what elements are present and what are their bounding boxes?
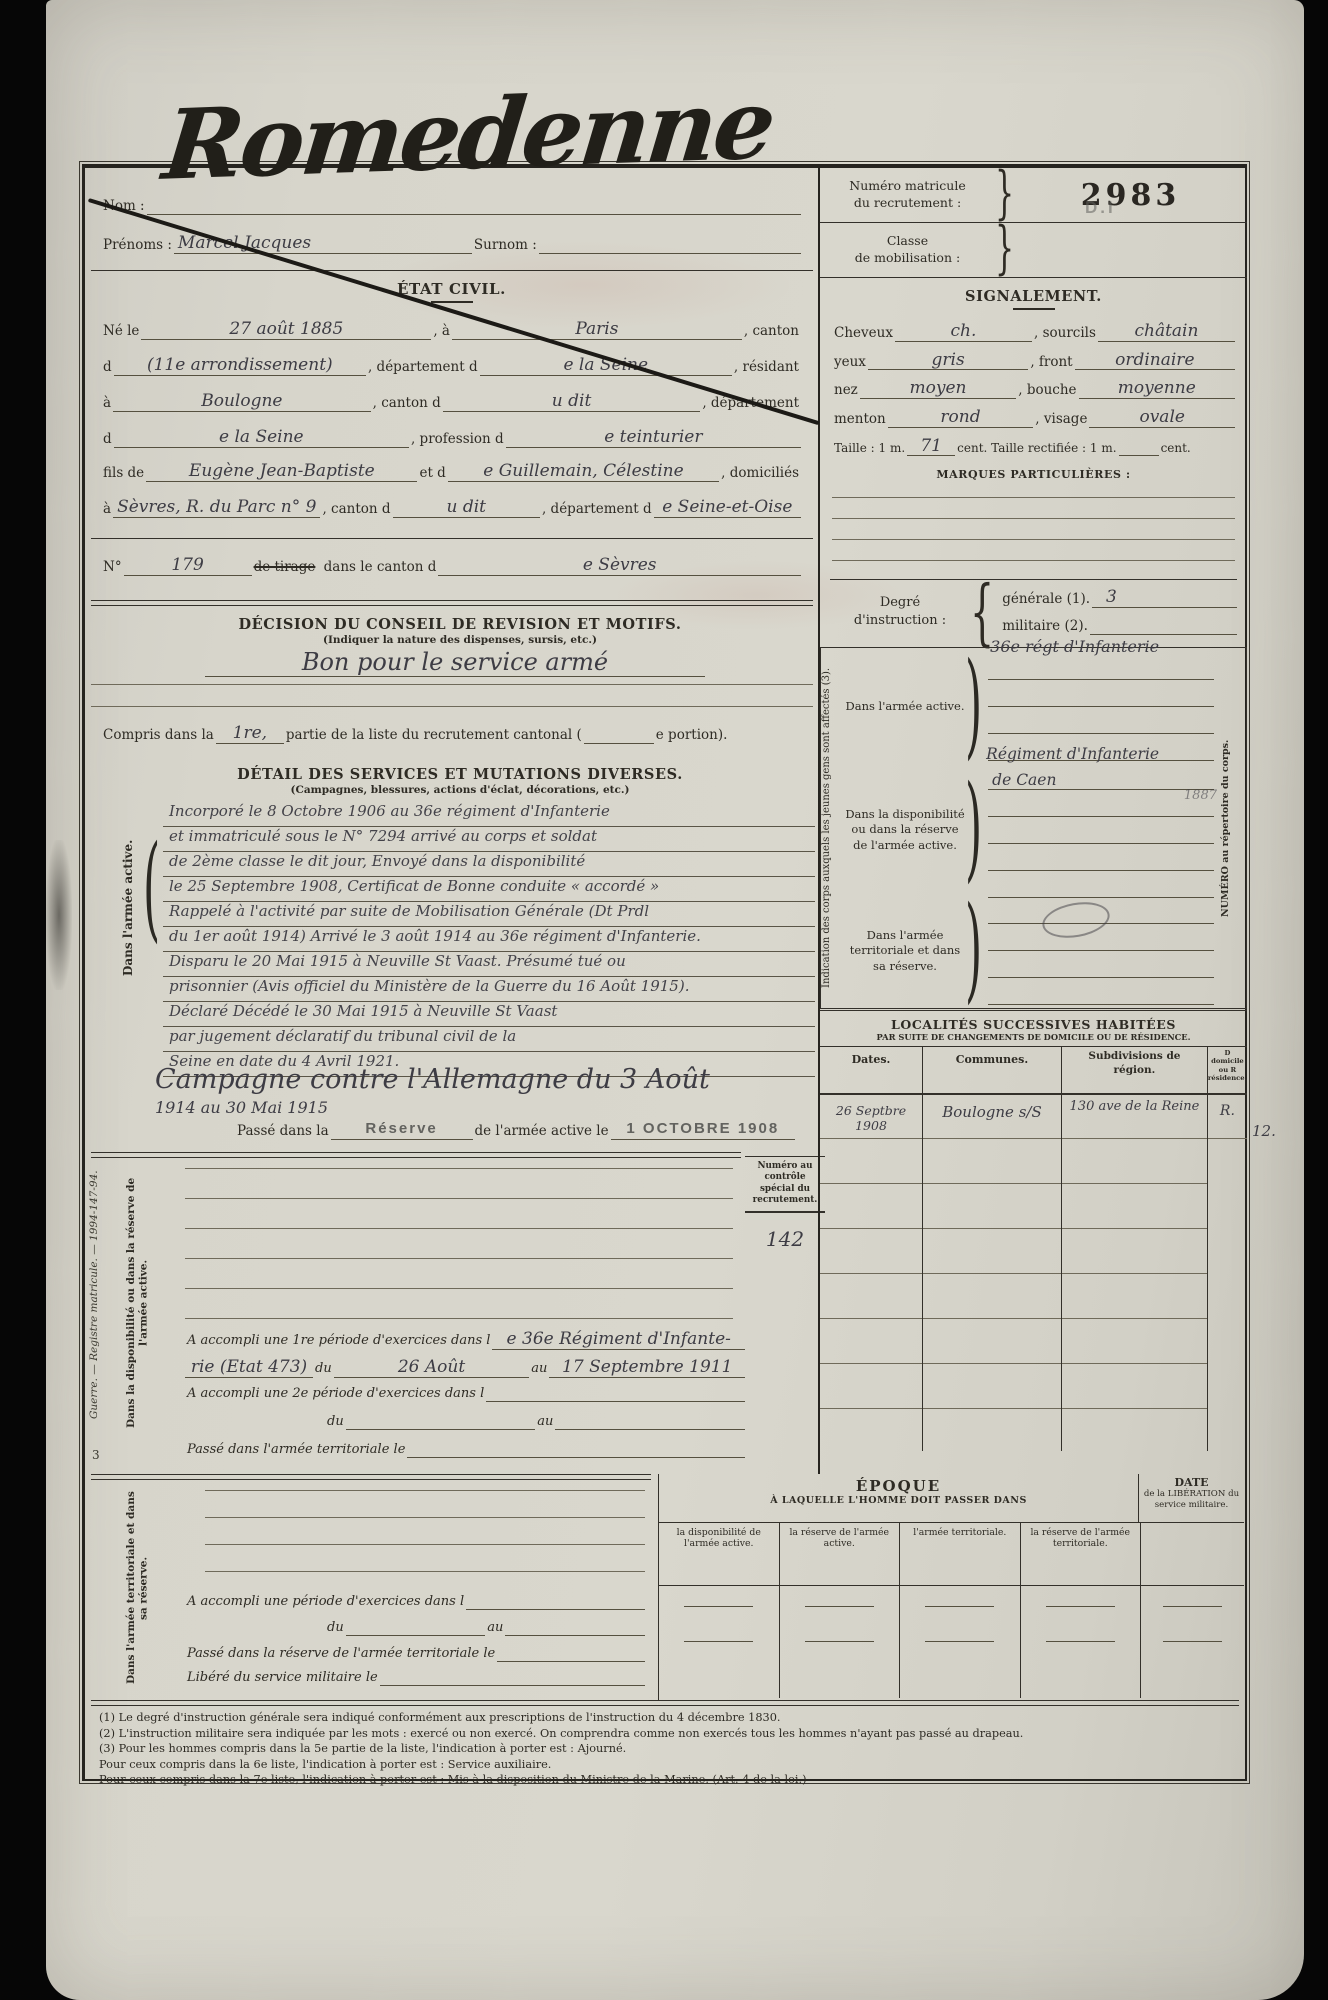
epoque-col-date [1141, 1523, 1244, 1585]
printed-text: Né le [101, 323, 141, 340]
epoque-col-2: la réserve de l'armée active. [780, 1523, 901, 1585]
printed-text: , département d [540, 501, 654, 518]
localites-subtitle: PAR SUITE DE CHANGEMENTS DE DOMICILE OU … [820, 1032, 1247, 1042]
ruled-line [185, 1258, 733, 1259]
col-dr-header: D domicile ou R résidence. [1208, 1047, 1247, 1095]
ruled-line [185, 1228, 733, 1229]
blank-underline [466, 1594, 645, 1610]
printed-text: du [313, 1361, 334, 1377]
marques-title: MARQUES PARTICULIÈRES : [820, 468, 1247, 481]
ink-smudge [46, 840, 72, 990]
ruled-line [820, 1229, 922, 1274]
periode2-line-a: A accompli une 2e période d'exercices da… [185, 1386, 745, 1402]
printed-text: à [101, 395, 113, 412]
profession-line: de la Seine, profession de teinturier [101, 428, 801, 448]
service-record-line: Disparu le 20 Mai 1915 à Neuville St Vaa… [163, 952, 815, 977]
ruled-line [1062, 1274, 1207, 1319]
handwritten-text: (11e arrondissement) [114, 356, 366, 376]
epoque-cell [1141, 1586, 1244, 1698]
entry-date: 26 Septbre 1908 [820, 1095, 922, 1139]
ruled-line [923, 1319, 1061, 1364]
printed-text: Compris dans la [101, 727, 216, 744]
printed-text: , visage [1033, 411, 1089, 428]
ruled-line [1062, 1184, 1207, 1229]
classe-row: Classe de mobilisation : } [820, 223, 1247, 278]
printed-text: au [529, 1361, 549, 1377]
ruled-line [1062, 1139, 1207, 1184]
title-dash [1013, 308, 1055, 310]
printed-text: d [101, 359, 114, 376]
periode2-line-b: duau [325, 1414, 745, 1430]
blank-underline [555, 1414, 745, 1430]
handwritten-text: e Seine-et-Oise [654, 498, 801, 518]
degre-label-2: d'instruction : [830, 612, 970, 630]
corps-row1-value: 36e régt d'Infanterie [990, 637, 1159, 656]
ruled-line [382, 234, 472, 254]
handwritten-text: 179 [124, 556, 252, 576]
handwritten-text: u dit [443, 392, 701, 412]
printed-text: yeux [832, 354, 868, 371]
handwritten-text: 1re, [216, 724, 284, 744]
footnote-line: Pour ceux compris dans la 6e liste, l'in… [99, 1757, 1229, 1773]
passe-prefix: Passé dans la [235, 1123, 331, 1140]
form-frame: Nom : Prénoms : Marcel Jacques Surnom : … [82, 164, 1247, 1781]
section-divider [91, 1474, 651, 1480]
epoque-cell [900, 1586, 1021, 1698]
ruled-line [988, 653, 1214, 680]
degre-generale-line: générale (1). 3 [1000, 588, 1237, 608]
printed-text: du [325, 1414, 346, 1430]
arrondissement-line: d(11e arrondissement), département de la… [101, 356, 801, 376]
printed-text: du [325, 1620, 346, 1636]
nez-line: nezmoyen, bouchemoyenne [832, 379, 1235, 399]
etat-civil-title: ÉTAT CIVIL. [85, 280, 818, 298]
services-note: (Campagnes, blessures, actions d'éclat, … [115, 784, 805, 796]
tirage-line: N°179de tirage dans le canton de Sèvres [101, 556, 801, 576]
printed-text: nez [832, 382, 860, 399]
epoque-subtitle: À LAQUELLE L'HOMME DOIT PASSER DANS [659, 1495, 1138, 1506]
printed-text: , canton d [320, 501, 392, 518]
epoque-table: ÉPOQUE À LAQUELLE L'HOMME DOIT PASSER DA… [658, 1474, 1244, 1700]
service-record-line: Incorporé le 8 Octobre 1906 au 36e régim… [163, 802, 815, 827]
militaire-label: militaire (2). [1000, 618, 1090, 635]
ruled-line [185, 1318, 733, 1319]
printed-text: de tirage [252, 559, 318, 576]
date-stamp: 1 OCTOBRE 1908 [611, 1120, 795, 1140]
decision-note: (Indiquer la nature des dispenses, sursi… [115, 634, 805, 646]
militaire-blank [1090, 618, 1237, 635]
brace-icon: } [995, 222, 1014, 279]
degre-militaire-line: militaire (2). [1000, 618, 1237, 635]
epoque-col-1: la disponibilité de l'armée active. [659, 1523, 780, 1585]
service-record-line: Déclaré Décédé le 30 Mai 1915 à Neuville… [163, 1002, 815, 1027]
ruled-line [205, 1517, 645, 1518]
epoque-col-4: la réserve de l'armée territoriale. [1021, 1523, 1142, 1585]
disponibilite-side-label: Dans la disponibilité ou dans la réserve… [125, 1168, 155, 1438]
ruled-line [923, 1184, 1061, 1229]
divider [91, 270, 813, 271]
matricule-value: 2983 [1014, 178, 1247, 213]
printed-text: e portion). [654, 727, 730, 744]
handwritten-text: e teinturier [506, 428, 801, 448]
paren-icon: ) [965, 650, 982, 764]
printed-text: , profession d [409, 431, 506, 448]
handwritten-text: 17 Septembre 1911 [549, 1358, 745, 1378]
printed-text: et d [417, 465, 447, 482]
prenoms-label: Prénoms : [101, 237, 174, 254]
reserve-stamp: Réserve [331, 1120, 473, 1140]
handwritten-text: gris [868, 351, 1028, 371]
handwritten-text: ordinaire [1075, 351, 1235, 371]
corps-side-left-label: Indication des corps auxquels les jeunes… [820, 648, 845, 1008]
degre-label-1: Degré [830, 594, 970, 612]
passe-territoriale-line: Passé dans l'armée territoriale le [185, 1442, 745, 1458]
decision-value: Bon pour le service armé [205, 648, 705, 677]
handwritten-text: e Guillemain, Célestine [448, 462, 719, 482]
signalement-title: SIGNALEMENT. [820, 288, 1247, 305]
service-record-line: Rappelé à l'activité par suite de Mobili… [163, 902, 815, 927]
blank-underline [1119, 437, 1159, 457]
yeux-line: yeuxgris, frontordinaire [832, 351, 1235, 371]
footnote-line: (2) L'instruction militaire sera indiqué… [99, 1726, 1229, 1742]
handwritten-text: ovale [1089, 408, 1235, 428]
date-title: DATE [1139, 1476, 1244, 1489]
handwritten-text: rie (Etat 473) [185, 1358, 313, 1378]
residence-line: àBoulogne, canton du dit, département [101, 392, 801, 412]
title-dash [431, 301, 473, 303]
ruled-line [185, 1168, 733, 1169]
classe-label-2: de mobilisation : [820, 250, 995, 267]
campagne-line-small: 1914 au 30 Mai 1915 [155, 1098, 328, 1117]
corps-row2-label: Dans la disponibilité ou dans la réserve… [845, 807, 965, 854]
epoque-cell [780, 1586, 901, 1698]
periode-territoriale-dates: duau [325, 1620, 645, 1636]
corps-row1-label: Dans l'armée active. [845, 699, 965, 715]
brace-left: ( [143, 833, 160, 947]
ruled-line [820, 1274, 922, 1319]
blank-underline [380, 1670, 645, 1686]
printed-text: , domiciliés [719, 465, 801, 482]
entry-dr: R. [1208, 1095, 1247, 1139]
ruled-line [988, 680, 1214, 707]
ruled-line [205, 1490, 645, 1491]
birth-line: Né le27 août 1885, àParis, canton [101, 320, 801, 340]
corps-row-territoriale: Dans l'armée territoriale et dans sa rés… [845, 894, 1220, 1008]
paren-icon: ) [965, 773, 982, 887]
entry-commune: Boulogne s/S [923, 1095, 1061, 1139]
printed-text: , résidant [732, 359, 801, 376]
col-subdivisions-header: Subdivisions de région. [1062, 1047, 1207, 1095]
handwritten-text: 27 août 1885 [141, 320, 431, 340]
periode1-line-a: A accompli une 1re période d'exercices d… [185, 1330, 745, 1350]
controle-special-value: 142 [745, 1227, 825, 1251]
etat-civil-section: ÉTAT CIVIL. [85, 280, 818, 303]
printed-text: , front [1028, 354, 1074, 371]
controle-special-label: Numéro au contrôle spécial du recrutemen… [745, 1156, 825, 1213]
footnote-line: Pour ceux compris dans la 7e liste, l'in… [99, 1772, 1229, 1788]
passe-middle: de l'armée active le [473, 1123, 611, 1140]
printed-text: N° [101, 559, 124, 576]
divider [91, 538, 813, 539]
armee-active-side-label: Dans l'armée active. [121, 808, 137, 1008]
blank-underline [407, 1442, 745, 1458]
ruled-line [1062, 1364, 1207, 1409]
epoque-title: ÉPOQUE [659, 1477, 1138, 1495]
territoriale-side-label: Dans l'armée territoriale et dans sa rés… [125, 1488, 155, 1688]
col-dates: Dates. 26 Septbre 1908 [820, 1047, 923, 1451]
localites-section: LOCALITÉS SUCCESSIVES HABITÉES PAR SUITE… [820, 1008, 1247, 1451]
printed-text: A accompli une période d'exercices dans … [185, 1594, 466, 1610]
ruled-line [988, 817, 1214, 844]
ruled-line [1062, 1229, 1207, 1274]
di-stamp: D.I [1085, 198, 1116, 218]
col-domicile-residence: D domicile ou R résidence. R. [1208, 1047, 1247, 1451]
blank-underline [346, 1620, 486, 1636]
printed-text: , canton [742, 323, 801, 340]
col-dates-header: Dates. [820, 1047, 922, 1095]
nom-blank [147, 198, 801, 215]
scanned-register-page: { "page": { "script_name": "Romedenne", … [0, 0, 1328, 2000]
services-record-block: Incorporé le 8 Octobre 1906 au 36e régim… [163, 802, 815, 1077]
ruled-line [820, 1364, 922, 1409]
printed-text: au [485, 1620, 505, 1636]
blank-underline [486, 1386, 745, 1402]
parents-line: fils deEugène Jean-Baptisteet de Guillem… [101, 462, 801, 482]
paren-icon: ) [965, 894, 982, 1008]
printed-text: cent. [1159, 441, 1193, 456]
printed-text: , département d [366, 359, 480, 376]
handwritten-text: e Sèvres [438, 556, 801, 576]
printed-text: menton [832, 411, 888, 428]
printed-text: partie de la liste du recrutement canton… [284, 727, 584, 744]
generale-label: générale (1). [1000, 591, 1092, 608]
ruled-line [832, 518, 1235, 519]
ruled-line [923, 1229, 1061, 1274]
service-record-line: prisonnier (Avis officiel du Ministère d… [163, 977, 815, 1002]
printed-text: A accompli une 1re période d'exercices d… [185, 1333, 492, 1349]
cheveux-line: Cheveuxch., sourcilschâtain [832, 322, 1235, 342]
col-subdivisions: Subdivisions de région. 130 ave de la Re… [1062, 1047, 1208, 1451]
periode-territoriale-line: A accompli une période d'exercices dans … [185, 1594, 645, 1610]
handwritten-text: e 36e Régiment d'Infante- [492, 1330, 745, 1350]
ruled-line [923, 1274, 1061, 1319]
handwritten-text: moyen [860, 379, 1016, 399]
ruled-line [1062, 1319, 1207, 1364]
taille-line: Taille : 1 m.71cent. Taille rectifiée : … [832, 437, 1235, 457]
ruled-line [91, 684, 813, 685]
ruled-line [820, 1139, 922, 1184]
ruled-line [185, 1288, 733, 1289]
epoque-cell [659, 1586, 780, 1698]
matricule-label: Numéro matricule du recrutement : [820, 178, 995, 212]
epoque-cell [1021, 1586, 1142, 1698]
printed-text: , bouche [1016, 382, 1078, 399]
corps-row3-label: Dans l'armée territoriale et dans sa rés… [845, 928, 965, 975]
ruled-line [820, 1319, 922, 1364]
handwritten-text: Sèvres, R. du Parc n° 9 [113, 498, 320, 518]
corps-side-right-label: NUMÉRO au répertoire du corps. [1220, 648, 1247, 1008]
handwritten-text: châtain [1098, 322, 1235, 342]
epoque-col-3: l'armée territoriale. [900, 1523, 1021, 1585]
handwritten-text: 71 [907, 437, 955, 457]
col-communes: Communes. Boulogne s/S [923, 1047, 1062, 1451]
footnote-line: (1) Le degré d'instruction générale sera… [99, 1710, 1229, 1726]
decision-title: DÉCISION DU CONSEIL DE REVISION ET MOTIF… [115, 616, 805, 633]
handwritten-text: u dit [393, 498, 540, 518]
printed-text: d [101, 431, 114, 448]
ruled-line [205, 1571, 645, 1572]
blank-underline [346, 1414, 536, 1430]
corps-row2-value-1: Régiment d'Infanterie [986, 745, 1159, 763]
localites-title: LOCALITÉS SUCCESSIVES HABITÉES [820, 1017, 1247, 1032]
compris-line: Compris dans la1re,partie de la liste du… [101, 724, 801, 744]
domicile-line: àSèvres, R. du Parc n° 9, canton du dit,… [101, 498, 801, 518]
ruled-line [988, 790, 1214, 817]
handwritten-text: Eugène Jean-Baptiste [146, 462, 417, 482]
faint-number: 1887 [1184, 788, 1217, 803]
services-title: DÉTAIL DES SERVICES ET MUTATIONS DIVERSE… [115, 766, 805, 783]
libere-service-line: Libéré du service militaire le [185, 1670, 645, 1686]
entry-subdivision: 130 ave de la Reine [1062, 1095, 1207, 1139]
corps-table: Indication des corps auxquels les jeunes… [820, 647, 1247, 1008]
ruled-line [91, 706, 813, 707]
surnom-blank [539, 234, 801, 254]
corps-row-disponibilite: Dans la disponibilité ou dans la réserve… [845, 766, 1220, 894]
registrant-name-script: Romedenne [158, 67, 778, 202]
campagne-line-big: Campagne contre l'Allemagne du 3 Août [155, 1064, 710, 1095]
printed-text: Cheveux [832, 325, 895, 342]
printed-text: Libéré du service militaire le [185, 1670, 380, 1686]
degre-label: Degré d'instruction : [830, 594, 970, 630]
margin-note: 12. [1252, 1122, 1276, 1140]
handwritten-text: ch. [895, 322, 1032, 342]
handwritten-text: 26 Août [334, 1358, 530, 1378]
printed-text: , à [431, 323, 452, 340]
printed-text: Taille : 1 m. [832, 441, 907, 456]
date-liberation-header: DATE de la LIBÉRATION du service militai… [1139, 1474, 1244, 1522]
printed-text: Passé dans la réserve de l'armée territo… [185, 1646, 497, 1662]
footnotes-block: (1) Le degré d'instruction générale sera… [99, 1710, 1229, 1788]
service-record-line: et immatriculé sous le N° 7294 arrivé au… [163, 827, 815, 852]
controle-special-box: Numéro au contrôle spécial du recrutemen… [745, 1156, 825, 1251]
ruled-line [923, 1139, 1061, 1184]
ruled-line [988, 844, 1214, 871]
ruled-line [988, 951, 1214, 978]
printed-text: au [535, 1414, 555, 1430]
menton-line: mentonrond, visageovale [832, 408, 1235, 428]
printed-text: Passé dans l'armée territoriale le [185, 1442, 407, 1458]
epoque-header: ÉPOQUE À LAQUELLE L'HOMME DOIT PASSER DA… [659, 1474, 1139, 1522]
service-record-line: par jugement déclaratif du tribunal civi… [163, 1027, 815, 1052]
col-communes-header: Communes. [923, 1047, 1061, 1095]
printed-text: fils de [101, 465, 146, 482]
service-record-line: le 25 Septembre 1908, Certificat de Bonn… [163, 877, 815, 902]
ruled-line [988, 707, 1214, 734]
ruled-line [988, 871, 1214, 898]
ruled-line [832, 497, 1235, 498]
printed-text: A accompli une 2e période d'exercices da… [185, 1386, 486, 1402]
localites-table: Dates. 26 Septbre 1908 Communes. Boulogn… [820, 1046, 1247, 1451]
blank-underline [584, 724, 654, 744]
right-column: Numéro matricule du recrutement : } 2983… [818, 168, 1247, 1474]
ruled-line [820, 1184, 922, 1229]
section-divider [91, 1152, 741, 1158]
classe-label: Classe de mobilisation : [820, 233, 995, 267]
signalement-section: SIGNALEMENT. Cheveuxch., sourcilschâtain… [820, 278, 1247, 561]
printed-text: , sourcils [1032, 325, 1098, 342]
footnote-line: (3) Pour les hommes compris dans la 5e p… [99, 1741, 1229, 1757]
classe-label-1: Classe [820, 233, 995, 250]
ruled-line [185, 1198, 733, 1199]
periode1-line-b: rie (Etat 473)du26 Aoûtau17 Septembre 19… [185, 1358, 745, 1378]
printed-text: dans le canton d [317, 559, 438, 576]
ruled-line [832, 560, 1235, 561]
document-page: Guerre. — Registre matricule. — 1994-147… [46, 0, 1304, 2000]
nom-line: Nom : [101, 198, 801, 215]
blank-underline [505, 1620, 645, 1636]
handwritten-text: rond [888, 408, 1034, 428]
handwritten-text: moyenne [1079, 379, 1235, 399]
ruled-line [988, 978, 1214, 1005]
handwritten-text: Boulogne [113, 392, 371, 412]
matricule-row: Numéro matricule du recrutement : } 2983… [820, 168, 1247, 223]
handwritten-text: e la Seine [114, 428, 409, 448]
generale-value: 3 [1092, 588, 1237, 608]
corps-row2-value-2: de Caen [992, 771, 1056, 789]
service-record-line: du 1er août 1914) Arrivé le 3 août 1914 … [163, 927, 815, 952]
divider [91, 600, 813, 606]
printed-text: cent. Taille rectifiée : 1 m. [955, 441, 1118, 456]
matricule-label-2: du recrutement : [820, 195, 995, 212]
matricule-label-1: Numéro matricule [820, 178, 995, 195]
date-subtitle: de la LIBÉRATION du service militaire. [1139, 1489, 1244, 1510]
passe-reserve-line: Passé dans la Réserve de l'armée active … [235, 1120, 795, 1140]
service-record-line: de 2ème classe le dit jour, Envoyé dans … [163, 852, 815, 877]
degre-section: Degré d'instruction : { générale (1). 3 … [830, 579, 1237, 635]
ruled-line [923, 1364, 1061, 1409]
ruled-line [205, 1544, 645, 1545]
surnom-label: Surnom : [472, 237, 539, 254]
ruled-line [832, 539, 1235, 540]
passe-reserve-territoriale-line: Passé dans la réserve de l'armée territo… [185, 1646, 645, 1662]
blank-underline [497, 1646, 645, 1662]
printed-text: à [101, 501, 113, 518]
footer-divider [91, 1700, 1239, 1706]
printed-text: , canton d [371, 395, 443, 412]
